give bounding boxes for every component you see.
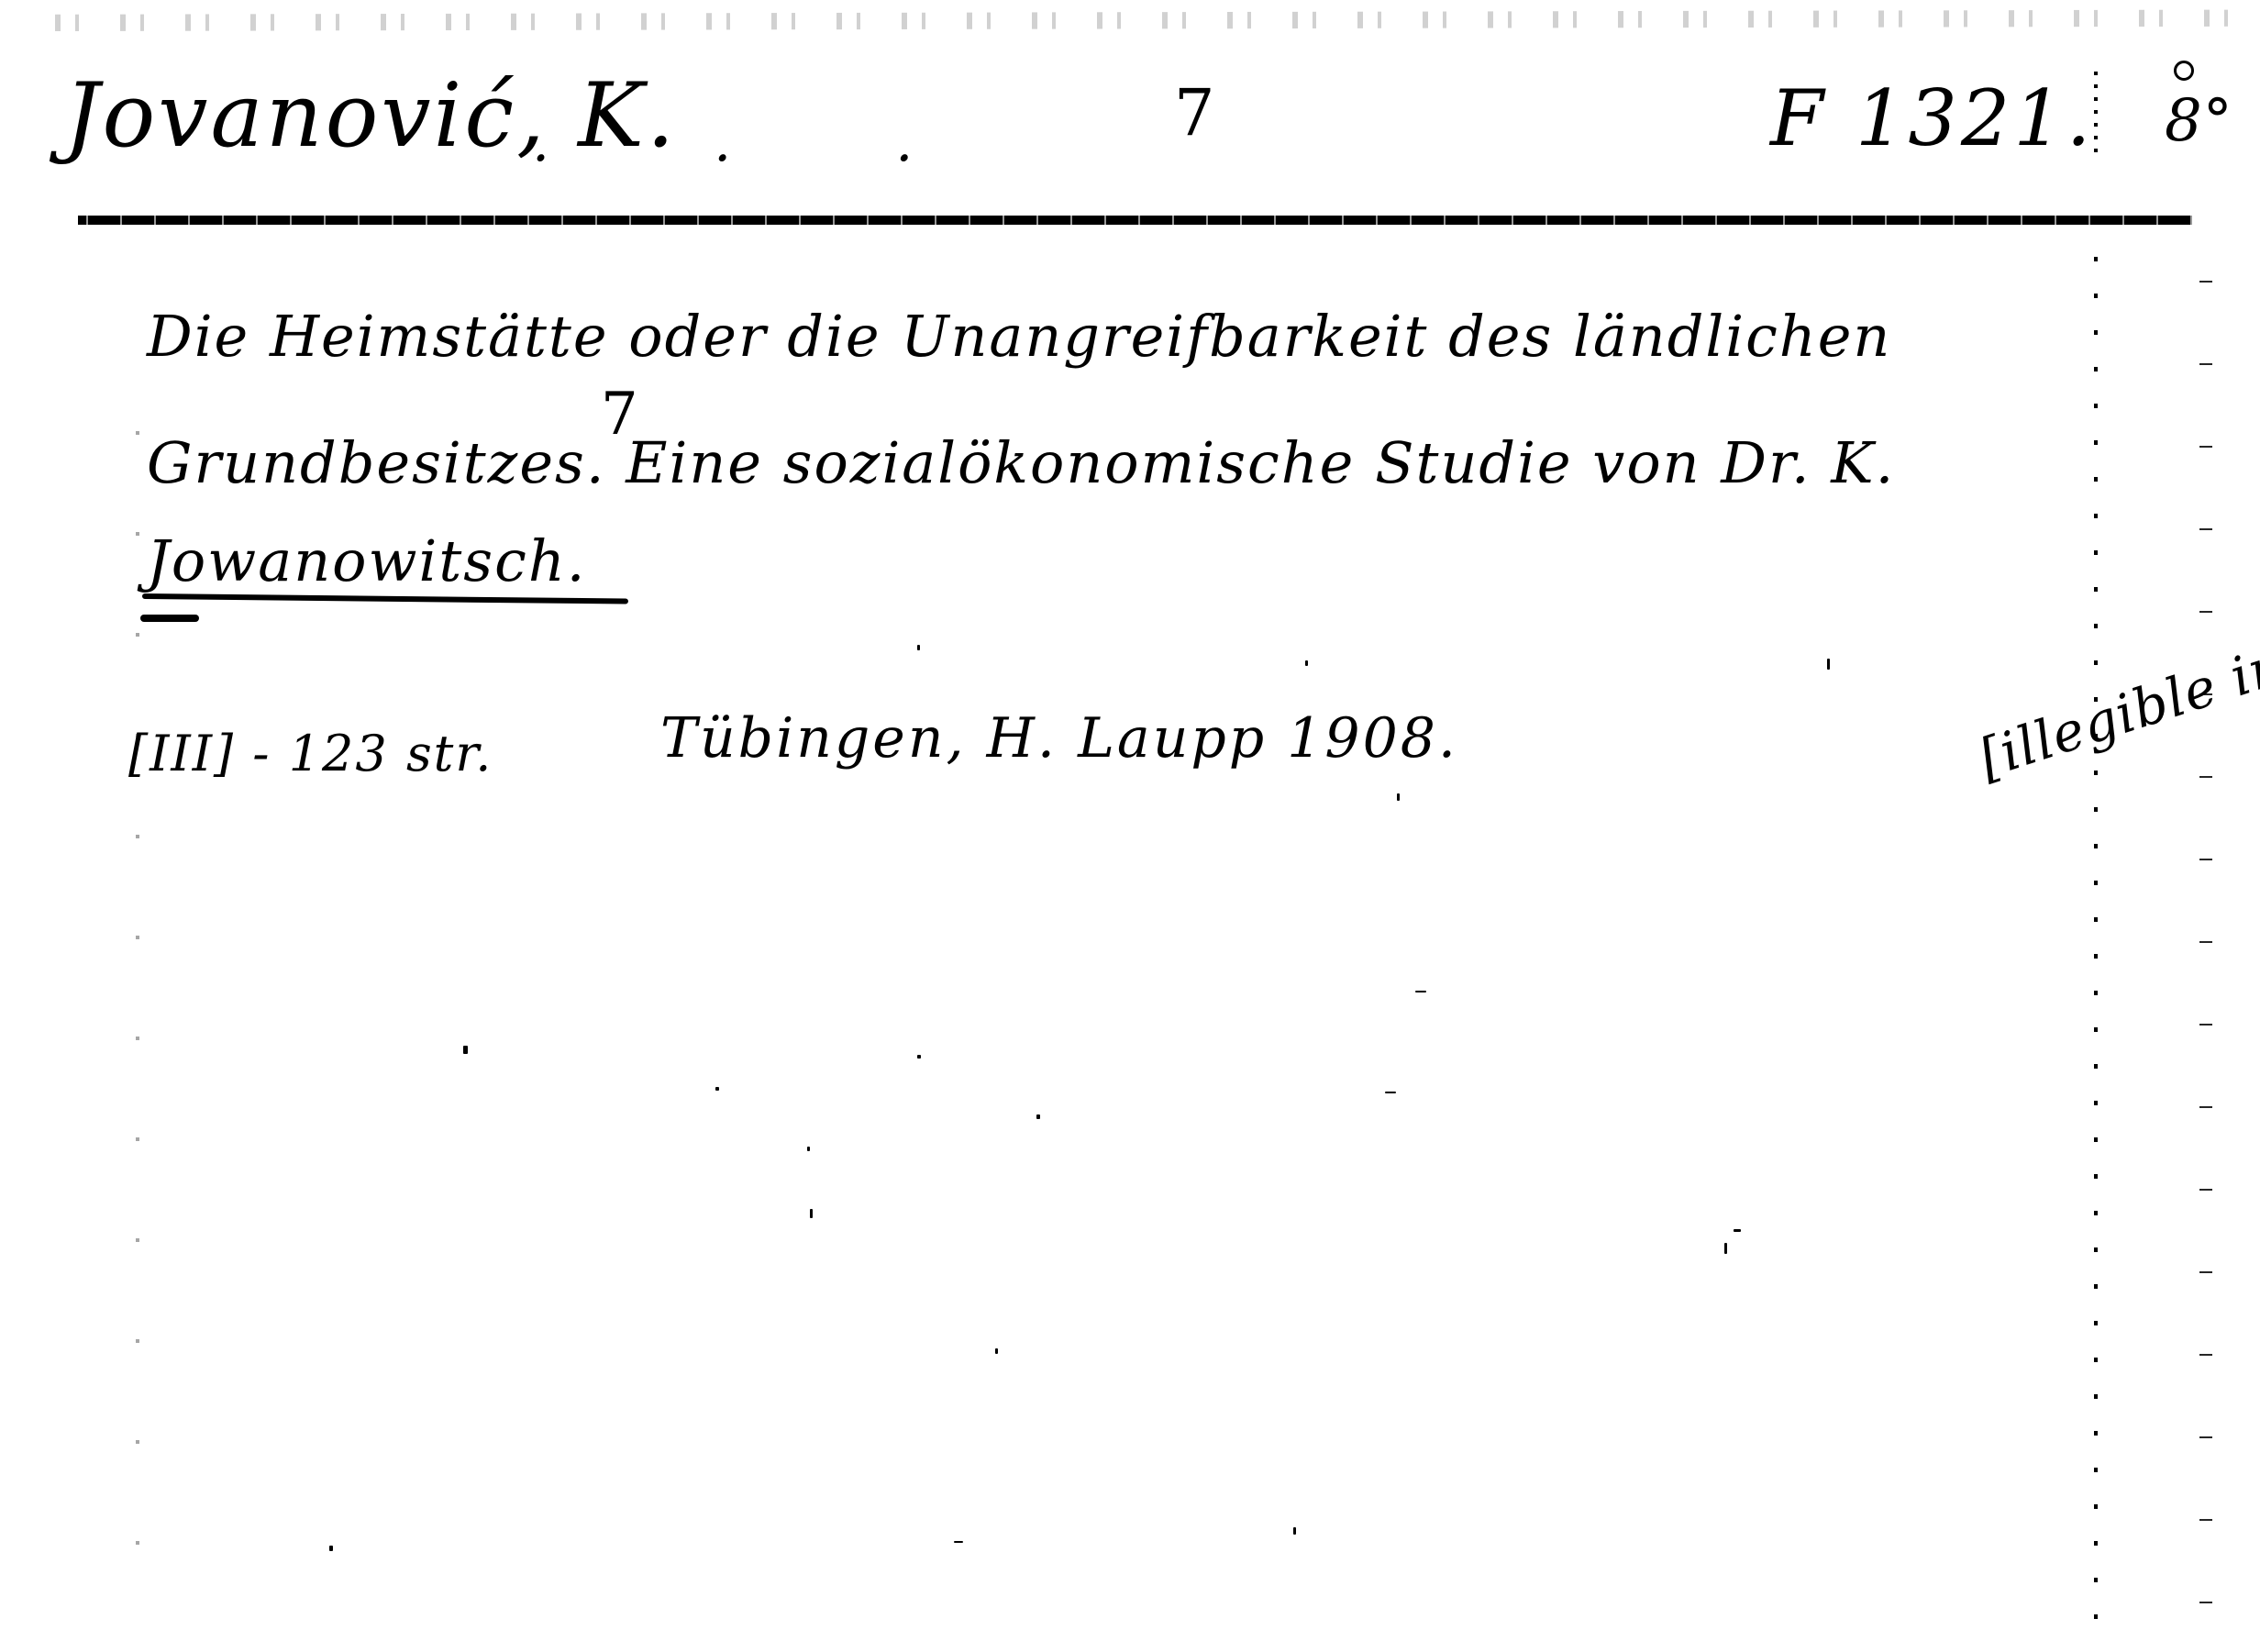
scan-speck — [715, 1087, 719, 1091]
scan-speck — [807, 1147, 810, 1151]
scan-speck — [917, 1055, 921, 1059]
collation: [III] - 123 str. — [128, 725, 493, 782]
format-mark: 8° — [2165, 87, 2233, 155]
scan-speck — [1397, 793, 1400, 801]
scan-speck — [463, 1046, 468, 1054]
header-rule — [78, 216, 2192, 225]
author-underline — [142, 593, 628, 604]
heading-leader-dots: . . . — [532, 110, 986, 174]
title-line-3-author-statement: Jowanowitsch. — [147, 527, 586, 594]
scan-speck — [810, 1209, 813, 1218]
degree-circle — [2174, 61, 2194, 81]
scan-speck — [329, 1546, 333, 1551]
author-underline-stub — [140, 615, 199, 622]
scan-speck — [1724, 1243, 1727, 1254]
scan-speck — [1827, 659, 1830, 670]
catalog-card: Jovanović, K. . . . 7 F 1321. 8° Die Hei… — [0, 0, 2260, 1652]
insertion-mark: 7 — [1174, 81, 1215, 145]
scan-speck — [917, 645, 920, 650]
scan-speck — [1734, 1229, 1741, 1232]
scan-speck — [1415, 991, 1426, 992]
dotted-margin-line-right — [2094, 257, 2098, 1633]
scan-speck — [1293, 1527, 1296, 1535]
scan-noise-top-edge — [55, 7, 2238, 31]
shelfmark: F 1321. — [1770, 73, 2094, 163]
imprint: Tübingen, H. Laupp 1908. — [660, 706, 1458, 771]
scan-speck — [954, 1541, 963, 1543]
title-line-2: Grundbesitzes. Eine sozialökonomische St… — [147, 429, 1895, 496]
dotted-margin-line-left — [136, 431, 139, 1624]
dotted-guide-line-top — [2094, 72, 2098, 154]
title-line-1: Die Heimstätte oder die Unangreifbarkeit… — [147, 303, 1891, 370]
scan-speck — [1305, 660, 1308, 666]
scan-speck — [1036, 1114, 1040, 1119]
edge-tick-marks-right — [2199, 238, 2212, 1651]
scan-speck — [995, 1348, 998, 1354]
scan-speck — [1385, 1092, 1396, 1093]
cataloguer-signature: [illegible initials] — [1971, 583, 2260, 790]
